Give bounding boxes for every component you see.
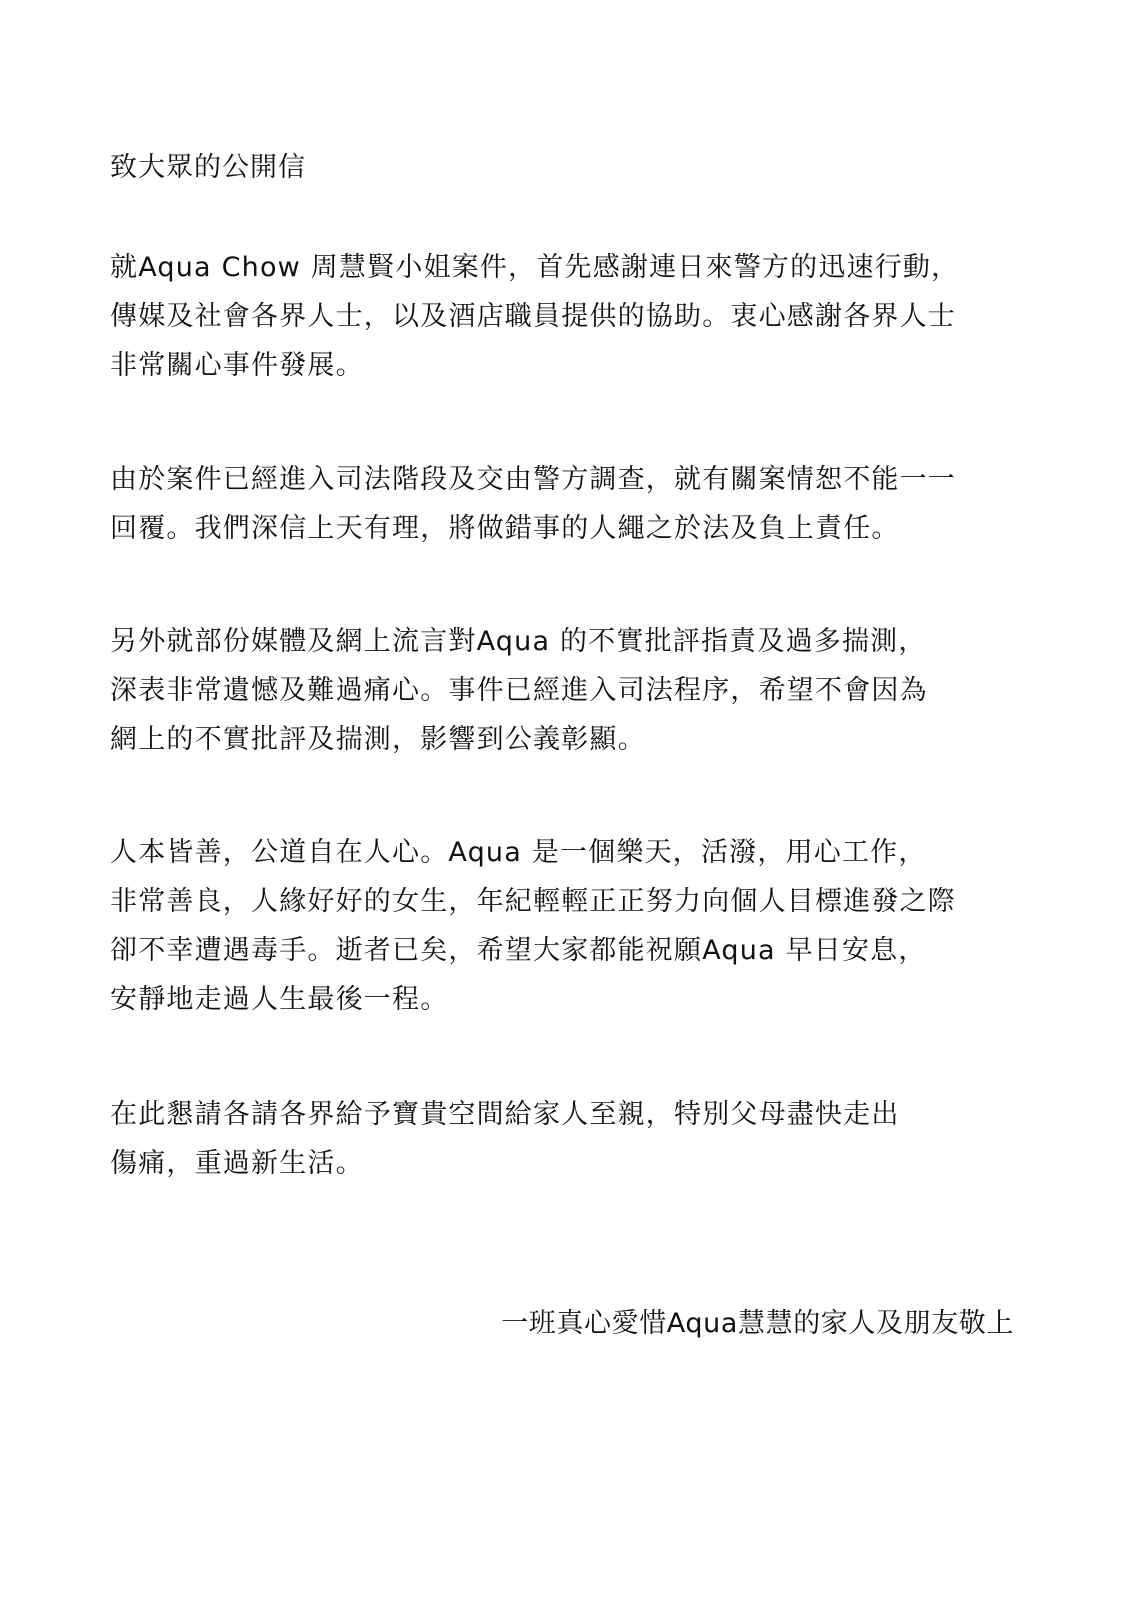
paragraph-line: 在此懇請各請各界給予寶貴空間給家人至親，特別父母盡快走出 [110,1090,1020,1139]
paragraph-line: 由於案件已經進入司法階段及交由警方調查，就有關案情恕不能一一 [110,455,1020,504]
letter-page: 致大眾的公開信 就Aqua Chow 周慧賢小姐案件，首先感謝連日來警方的迅速行… [0,0,1146,1600]
paragraph-line: 卻不幸遭遇毒手。逝者已矣，希望大家都能祝願Aqua 早日安息， [110,926,1020,975]
paragraph-line: 回覆。我們深信上天有理，將做錯事的人繩之於法及負上責任。 [110,504,1020,553]
paragraph-line: 深表非常遺憾及難過痛心。事件已經進入司法程序，希望不會因為 [110,666,1020,715]
paragraph-judicial: 由於案件已經進入司法階段及交由警方調查，就有關案情恕不能一一 回覆。我們深信上天… [110,455,1020,553]
paragraph-rumours: 另外就部份媒體及網上流言對Aqua 的不實批評指責及過多揣測， 深表非常遺憾及難… [110,617,1020,764]
paragraph-line: 傳媒及社會各界人士，以及酒店職員提供的協助。衷心感謝各界人士 [110,292,1020,341]
paragraph-line: 安靜地走過人生最後一程。 [110,975,1020,1024]
paragraph-line: 非常關心事件發展。 [110,341,1020,390]
paragraph-line: 另外就部份媒體及網上流言對Aqua 的不實批評指責及過多揣測， [110,617,1020,666]
letter-title: 致大眾的公開信 [110,148,306,188]
paragraph-line: 人本皆善，公道自在人心。Aqua 是一個樂天，活潑，用心工作， [110,828,1020,877]
paragraph-request: 在此懇請各請各界給予寶貴空間給家人至親，特別父母盡快走出 傷痛，重過新生活。 [110,1090,1020,1188]
paragraph-thanks: 就Aqua Chow 周慧賢小姐案件，首先感謝連日來警方的迅速行動， 傳媒及社會… [110,243,1020,390]
paragraph-line: 非常善良，人緣好好的女生，年紀輕輕正正努力向個人目標進發之際 [110,877,1020,926]
letter-signature: 一班真心愛惜Aqua慧慧的家人及朋友敬上 [501,1304,1014,1344]
paragraph-line: 就Aqua Chow 周慧賢小姐案件，首先感謝連日來警方的迅速行動， [110,243,1020,292]
paragraph-line: 網上的不實批評及揣測，影響到公義彰顯。 [110,715,1020,764]
paragraph-line: 傷痛，重過新生活。 [110,1139,1020,1188]
paragraph-tribute: 人本皆善，公道自在人心。Aqua 是一個樂天，活潑，用心工作， 非常善良，人緣好… [110,828,1020,1024]
